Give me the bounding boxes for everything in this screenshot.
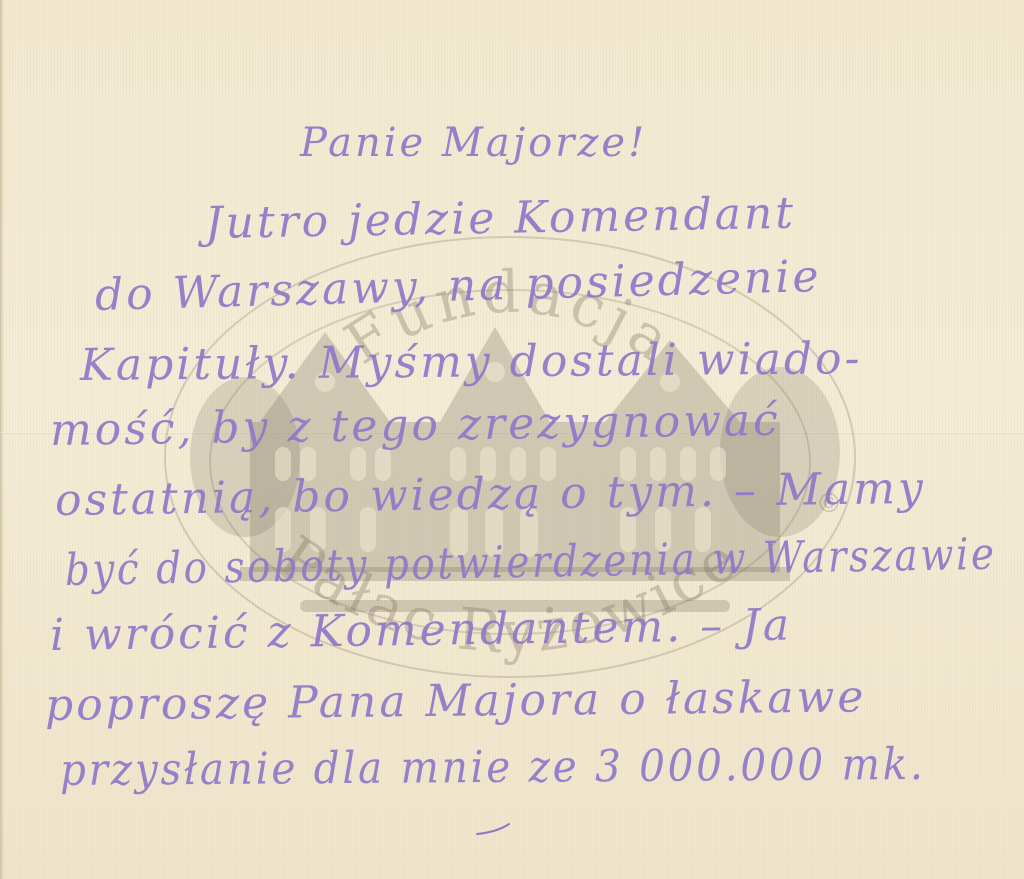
letter-line-2: do Warszawy, na posiedzenie xyxy=(94,251,822,321)
letter-salutation: Panie Majorze! xyxy=(300,120,647,166)
letter-line-5: ostatnią, bo wiedzą o tym. – Mamy xyxy=(55,463,926,526)
letter-line-3: Kapituły. Myśmy dostali wiado- xyxy=(80,333,863,391)
letter-line-4: mość, by z tego zrezygnować xyxy=(50,395,781,456)
letter-line-8: poproszę Pana Majora o łaskawe xyxy=(45,671,867,731)
letter-line-9: przysłanie dla mnie ze 3 000.000 mk. xyxy=(60,739,926,796)
letter-line-7: i wrócić z Komendantem. – Ja xyxy=(50,600,793,661)
closing-flourish-icon xyxy=(475,820,515,836)
letter-line-1: Jutro jedzie Komendant xyxy=(205,188,797,249)
handwritten-letter: Panie Majorze! Jutro jedzie Komendant do… xyxy=(0,0,1024,879)
letter-line-6: być do soboty potwierdzenia w Warszawie xyxy=(65,529,997,596)
